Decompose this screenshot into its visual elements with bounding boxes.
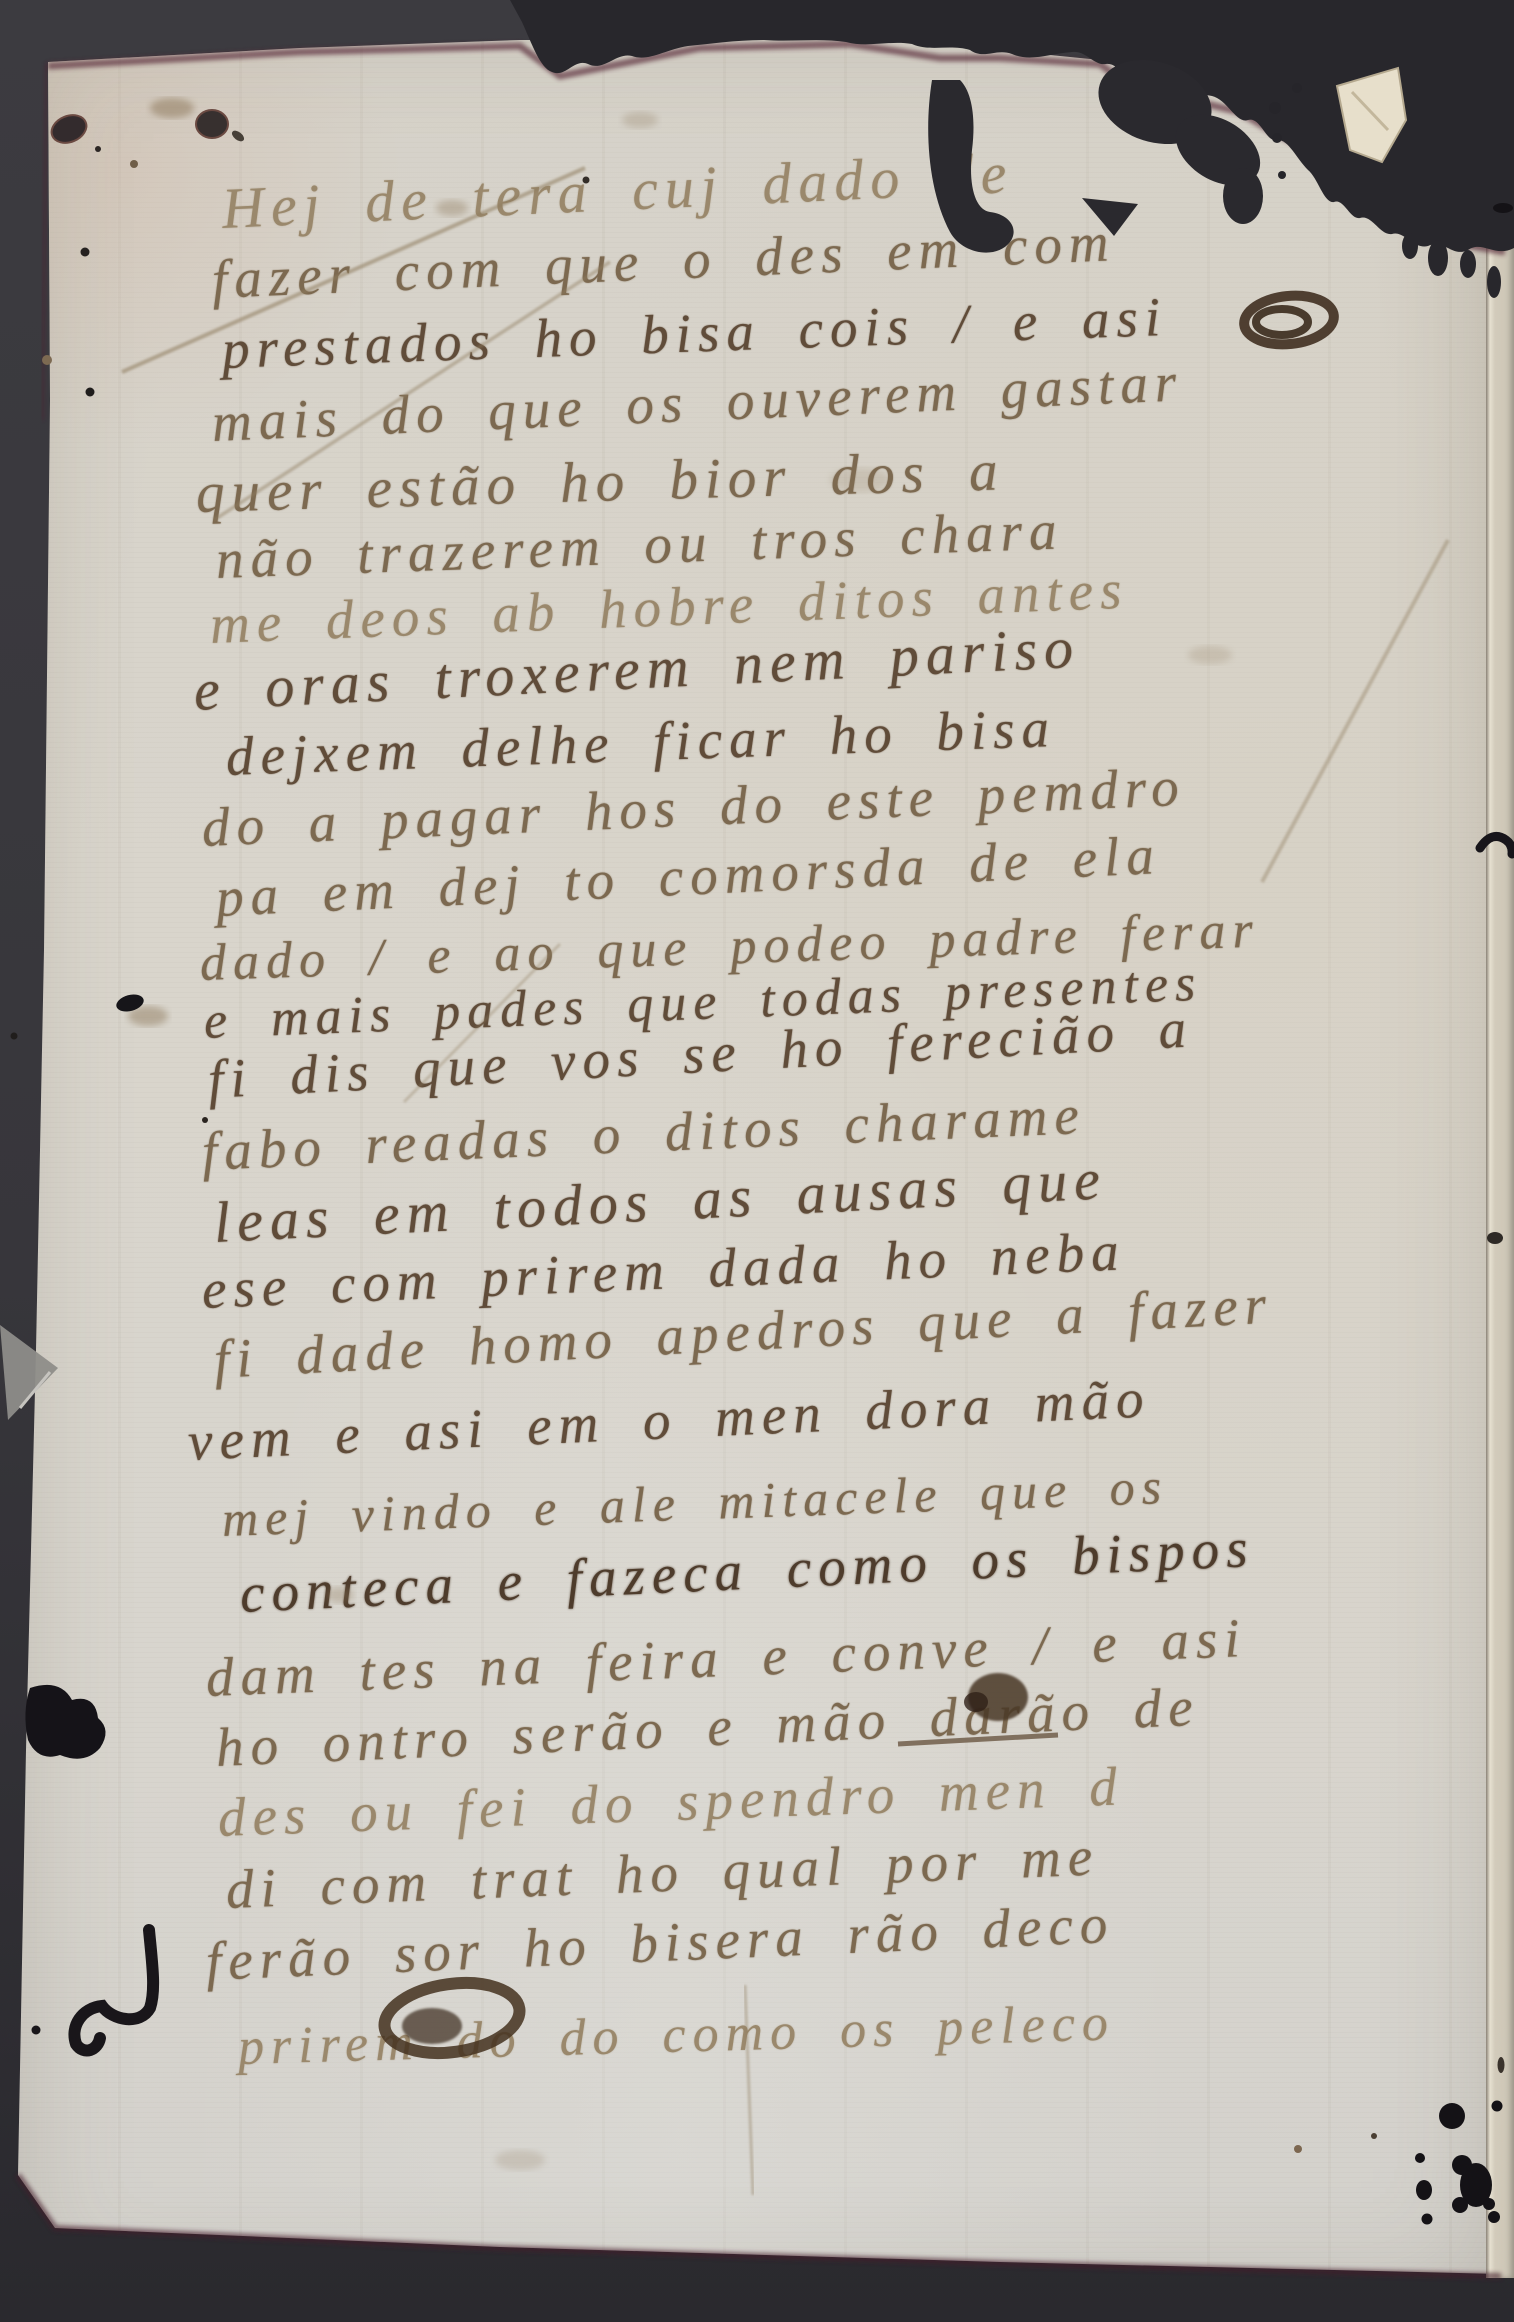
photo-backdrop: Hej de tera cuj dado de fazer com que o … bbox=[0, 0, 1514, 2322]
underline-stroke bbox=[898, 1735, 1058, 1744]
ink-speck bbox=[42, 355, 52, 365]
correction-blot bbox=[964, 1692, 988, 1712]
ink-spatter bbox=[1452, 2197, 1468, 2213]
overwritten-word-blot bbox=[1256, 309, 1308, 335]
pen-flourish bbox=[122, 168, 585, 372]
pen-flourish bbox=[214, 262, 610, 520]
stain bbox=[326, 1587, 354, 1603]
ink-blot bbox=[25, 1685, 105, 1759]
ink-dot bbox=[1269, 102, 1281, 114]
ink-speck bbox=[1371, 2133, 1377, 2139]
ink-spatter bbox=[1422, 2214, 1433, 2225]
stained-bottom-edge bbox=[18, 2175, 1501, 2276]
ink-speck bbox=[130, 160, 138, 168]
overwritten-word-blot bbox=[402, 2008, 462, 2044]
stain bbox=[830, 468, 890, 492]
binding-stitch-mark bbox=[1480, 836, 1512, 854]
ink-speck bbox=[230, 129, 246, 144]
ink-speck bbox=[86, 388, 95, 397]
stained-left-edge bbox=[42, 64, 47, 420]
ink-drip bbox=[1460, 250, 1476, 278]
ink-speck bbox=[1294, 2145, 1302, 2153]
ink-dot bbox=[1292, 83, 1302, 93]
stain bbox=[436, 200, 468, 216]
ink-speck bbox=[81, 248, 90, 257]
edge-notch bbox=[1487, 1232, 1503, 1244]
ink-speck bbox=[95, 146, 101, 152]
pen-flourish bbox=[404, 944, 560, 1102]
ink-dot bbox=[1272, 133, 1282, 143]
edge-notch bbox=[1498, 2057, 1505, 2073]
hanging-ink-blot bbox=[1223, 168, 1263, 224]
wormhole bbox=[47, 110, 90, 148]
ink-mark-lambda bbox=[74, 1930, 153, 2051]
ink-spatter bbox=[1439, 2103, 1465, 2129]
hanging-ink-blot bbox=[1082, 198, 1138, 236]
stain bbox=[495, 2150, 545, 2170]
ink-drip bbox=[1402, 233, 1418, 259]
stain bbox=[1188, 646, 1232, 664]
wormhole bbox=[196, 110, 228, 138]
ink-dash bbox=[1493, 203, 1513, 213]
ink-dot bbox=[583, 177, 590, 184]
stain bbox=[150, 98, 194, 118]
ink-spatter bbox=[1488, 2211, 1500, 2223]
pen-flourish bbox=[1262, 540, 1448, 882]
ink-speck bbox=[32, 2026, 41, 2035]
ink-spatter bbox=[1416, 2180, 1432, 2200]
ink-drip bbox=[1428, 240, 1448, 276]
ink-speck bbox=[202, 1117, 208, 1123]
ink-spatter bbox=[1415, 2153, 1425, 2163]
stain bbox=[622, 112, 658, 128]
pen-flourish bbox=[745, 1985, 753, 2195]
hanging-ink-blot bbox=[928, 80, 1013, 253]
ink-speck bbox=[11, 1033, 18, 1040]
ink-spatter bbox=[1483, 2198, 1495, 2210]
ink-dot bbox=[1278, 171, 1286, 179]
ink-marks-overlay bbox=[0, 0, 1514, 2322]
ink-drip bbox=[1487, 266, 1501, 298]
ink-spatter bbox=[1492, 2101, 1503, 2112]
